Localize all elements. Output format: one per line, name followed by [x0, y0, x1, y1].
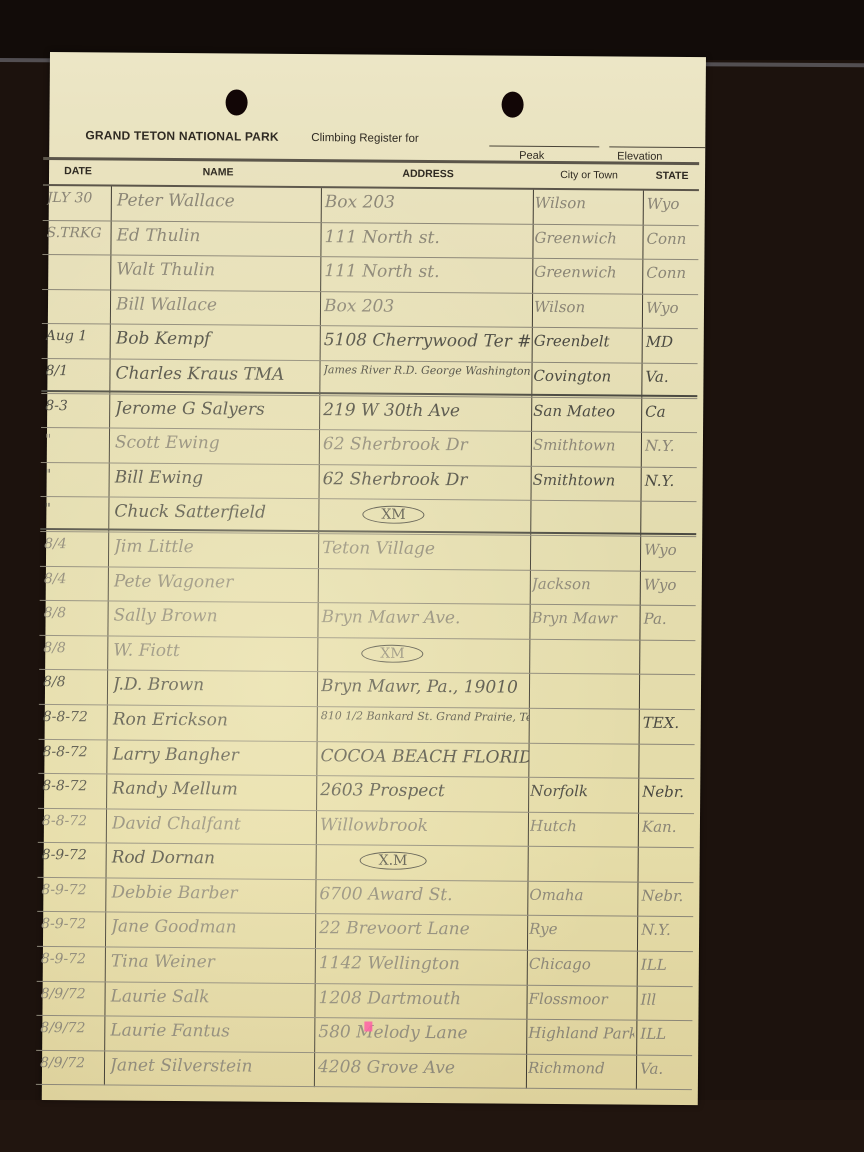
cell-city: Covington	[533, 367, 639, 386]
table-row: 8/9/72Janet Silverstein4208 Grove AveRic…	[36, 1051, 692, 1091]
column-header-city: City or Town	[535, 169, 643, 182]
cell-city	[531, 713, 637, 714]
table-row: 8-8-72David ChalfantWillowbrookHutchKan.	[38, 809, 694, 849]
cell-name: Sally Brown	[113, 606, 313, 628]
cell-state: ILL	[641, 956, 693, 974]
cell-date: 8-9-72	[42, 847, 102, 863]
cell-state: Ill	[641, 990, 693, 1008]
circled-xm-mark: X.M	[360, 852, 427, 871]
table-row: 8-9-72Jane Goodman22 Brevoort LaneRyeN.Y…	[37, 912, 693, 952]
cell-name: David Chalfant	[112, 813, 312, 835]
cell-address: Box 203	[324, 296, 532, 318]
column-header-date: DATE	[47, 165, 109, 177]
punch-hole-icon	[226, 89, 248, 115]
cell-state: Wyo	[644, 575, 696, 593]
register-table: DATE NAME ADDRESS City or Town STATE JLY…	[36, 157, 699, 1091]
column-header-state: STATE	[645, 170, 699, 182]
peak-blank-line	[489, 145, 599, 147]
cell-city: Highland Park	[528, 1024, 634, 1043]
cell-date: 8-8-72	[42, 778, 102, 794]
table-row: 8/4Jim LittleTeton VillageWyo	[40, 532, 696, 572]
cell-city: Greenwich	[534, 263, 640, 282]
cell-state: Pa.	[643, 610, 695, 628]
cell-state: Conn	[646, 264, 698, 282]
cell-address: 5108 Cherrywood Ter #104	[324, 331, 532, 353]
cell-state: Nebr.	[641, 887, 693, 905]
cell-date: JLY 30	[47, 190, 107, 206]
cell-city: Wilson	[534, 298, 640, 317]
cell-name: Chuck Satterfield	[114, 502, 314, 524]
cell-date: "	[45, 467, 105, 483]
cell-address: 111 North st.	[324, 227, 532, 249]
table-row: 8/9/72Laurie Salk1208 DartmouthFlossmoor…	[36, 982, 692, 1022]
cell-state: Ca	[645, 402, 697, 420]
cell-city: Smithtown	[533, 436, 639, 455]
cell-address: Teton Village	[322, 538, 530, 560]
table-row: 8-8-72Larry BangherCOCOA BEACH FLORIDA	[38, 739, 694, 779]
cell-address: 2603 Prospect	[320, 780, 528, 802]
cell-address: Bryn Mawr, Pa., 19010	[321, 676, 529, 698]
table-row: Aug 1Bob Kempf5108 Cherrywood Ter #104Gr…	[42, 324, 698, 364]
cell-state: Wyo	[646, 298, 698, 316]
cell-date: 8-8-72	[42, 743, 102, 759]
cell-name: Bill Wallace	[116, 294, 316, 316]
cell-name: Laurie Fantus	[110, 1021, 310, 1043]
cell-address: 62 Sherbrook Dr	[323, 469, 531, 491]
table-row: Walt Thulin111 North st.GreenwichConn	[42, 255, 698, 295]
cell-address: 580 Melody Lane	[318, 1022, 526, 1044]
cell-city: Bryn Mawr	[531, 609, 637, 628]
table-body: JLY 30Peter WallaceBox 203WilsonWyoS.TRK…	[36, 186, 699, 1091]
cell-date: 8/9/72	[40, 1020, 100, 1036]
elevation-blank-line	[609, 146, 705, 148]
column-header-name: NAME	[115, 166, 321, 180]
circled-xm-mark: XM	[362, 506, 424, 524]
form-title: GRAND TETON NATIONAL PARK	[85, 128, 279, 144]
cell-date: 8-9-72	[41, 916, 101, 932]
table-row: "Chuck SatterfieldXM	[40, 497, 696, 537]
cell-state: Va.	[645, 368, 697, 386]
cell-address: 22 Brevoort Lane	[319, 919, 527, 941]
cell-city: Richmond	[528, 1059, 634, 1078]
cell-date: 8/9/72	[40, 1055, 100, 1071]
cell-city: Wilson	[535, 194, 641, 213]
cell-name: Peter Wallace	[117, 191, 317, 213]
cell-city: Greenwich	[534, 228, 640, 247]
cell-address: Willowbrook	[320, 815, 528, 837]
cell-name: Charles Kraus TMA	[115, 363, 315, 385]
cell-city	[532, 540, 638, 541]
table-row: 8-9-72Debbie Barber6700 Award St.OmahaNe…	[37, 878, 693, 918]
column-header-address: ADDRESS	[323, 167, 533, 181]
table-row: "Bill Ewing62 Sherbrook DrSmithtownN.Y.	[41, 463, 697, 503]
cell-name: Pete Wagoner	[114, 571, 314, 593]
cell-name: Jerome G Salyers	[115, 398, 315, 420]
cell-date: 8/8	[44, 605, 104, 621]
cell-date: 8/4	[44, 536, 104, 552]
cell-name: Scott Ewing	[115, 433, 315, 455]
cell-date: 8-8-72	[43, 709, 103, 725]
cell-address: 62 Sherbrook Dr	[323, 434, 531, 456]
cell-city: Smithtown	[533, 471, 639, 490]
table-row: JLY 30Peter WallaceBox 203WilsonWyo	[43, 186, 699, 226]
table-row: 8-8-72Ron Erickson810 1/2 Bankard St. Gr…	[39, 705, 695, 745]
table-row: S.TRKGEd Thulin111 North st.GreenwichCon…	[42, 221, 698, 261]
cell-state: Nebr.	[642, 783, 694, 801]
cell-date: "	[44, 501, 104, 517]
cell-state: N.Y.	[641, 921, 693, 939]
cell-state: Kan.	[642, 817, 694, 835]
cell-name: Bob Kempf	[116, 329, 316, 351]
cell-name: W. Fiott	[113, 640, 313, 662]
cell-name: Tina Weiner	[111, 952, 311, 974]
dark-background-bottom	[0, 1100, 864, 1152]
cell-date: 8/4	[44, 570, 104, 586]
cell-state: TEX.	[643, 714, 695, 732]
cell-date: 8-9-72	[41, 882, 101, 898]
table-row: "Scott Ewing62 Sherbrook DrSmithtownN.Y.	[41, 428, 697, 468]
cell-city: Omaha	[529, 886, 635, 905]
cell-city: Chicago	[529, 955, 635, 974]
cell-address: 4208 Grove Ave	[318, 1057, 526, 1079]
cell-city: Hutch	[530, 816, 636, 835]
cell-city: Flossmoor	[529, 989, 635, 1008]
cell-city	[530, 851, 636, 852]
cell-name: Janet Silverstein	[110, 1055, 310, 1077]
cell-name: Rod Dornan	[112, 848, 312, 870]
table-row: 8-9-72Rod DornanX.M	[38, 843, 694, 883]
cell-address: 111 North st.	[324, 261, 532, 283]
cell-address: 6700 Award St.	[319, 884, 527, 906]
table-row: 8-9-72Tina Weiner1142 WellingtonChicagoI…	[37, 947, 693, 987]
cell-name: J.D. Brown	[113, 675, 313, 697]
cell-address: 1142 Wellington	[319, 953, 527, 975]
cell-address: James River R.D. George Washington N.F.	[323, 364, 531, 378]
cell-name: Randy Mellum	[112, 779, 312, 801]
cell-address: COCOA BEACH FLORIDA	[320, 746, 528, 768]
cell-name: Larry Bangher	[112, 744, 312, 766]
cell-state: Conn	[646, 229, 698, 247]
cell-city: San Mateo	[533, 401, 639, 420]
cell-date: S.TRKG	[47, 225, 107, 241]
cell-name: Bill Ewing	[115, 467, 315, 489]
cell-date: "	[45, 432, 105, 448]
cell-address: 810 1/2 Bankard St. Grand Prairie, Texas	[321, 710, 529, 724]
cell-address: XM	[322, 503, 530, 525]
dark-background-top	[0, 0, 864, 60]
cell-date: 8-3	[45, 398, 105, 414]
cell-city: Greenbelt	[534, 332, 640, 351]
circled-xm-mark: XM	[361, 644, 423, 662]
cell-name: Walt Thulin	[116, 260, 316, 282]
cell-date: 8/9/72	[41, 986, 101, 1002]
table-row: 8/1Charles Kraus TMAJames River R.D. Geo…	[41, 359, 697, 399]
cell-state: Wyo	[647, 195, 699, 213]
cell-name: Ron Erickson	[113, 709, 313, 731]
cell-state: N.Y.	[645, 471, 697, 489]
table-row: 8/8J.D. BrownBryn Mawr, Pa., 19010	[39, 670, 695, 710]
table-row: 8-8-72Randy Mellum2603 ProspectNorfolkNe…	[38, 774, 694, 814]
cell-address: 219 W 30th Ave	[323, 400, 531, 422]
table-row: 8/8Sally BrownBryn Mawr Ave.Bryn MawrPa.	[39, 601, 695, 641]
form-subtitle: Climbing Register for	[311, 132, 418, 145]
cell-address	[322, 573, 530, 575]
cell-city: Jackson	[532, 574, 638, 593]
cell-date: 8/8	[43, 640, 103, 656]
cell-state: Wyo	[644, 541, 696, 559]
cell-state: MD	[646, 333, 698, 351]
cell-city: Rye	[529, 920, 635, 939]
cell-state: ILL	[640, 1025, 692, 1043]
climbing-register-sheet: GRAND TETON NATIONAL PARK Climbing Regis…	[42, 52, 706, 1105]
cell-date: 8-9-72	[41, 951, 101, 967]
cell-address: 1208 Dartmouth	[319, 988, 527, 1010]
cell-name: Laurie Salk	[111, 986, 311, 1008]
cell-address: Bryn Mawr Ave.	[321, 607, 529, 629]
cell-name: Debbie Barber	[111, 882, 311, 904]
cell-name: Jim Little	[114, 536, 314, 558]
table-row: 8-3Jerome G Salyers219 W 30th AveSan Mat…	[41, 394, 697, 434]
cell-city: Norfolk	[530, 782, 636, 801]
cell-date: 8/1	[45, 363, 105, 379]
table-row: 8/4Pete WagonerJacksonWyo	[40, 566, 696, 606]
cell-city	[531, 747, 637, 748]
cell-name: Ed Thulin	[116, 225, 316, 247]
punch-hole-icon	[501, 92, 523, 118]
cell-date: Aug 1	[46, 328, 106, 344]
cell-name: Jane Goodman	[111, 917, 311, 939]
cell-address: Box 203	[325, 192, 533, 214]
table-row: 8/8W. FiottXM	[39, 636, 695, 676]
highlighter-mark	[364, 1021, 372, 1031]
cell-city	[531, 644, 637, 645]
cell-address: X.M	[320, 849, 528, 871]
cell-city	[531, 678, 637, 679]
cell-date: 8-8-72	[42, 813, 102, 829]
cell-city	[532, 505, 638, 506]
cell-address: XM	[321, 642, 529, 664]
cell-date: 8/8	[43, 674, 103, 690]
cell-state: Va.	[640, 1060, 692, 1078]
table-row: Bill WallaceBox 203WilsonWyo	[42, 290, 698, 330]
cell-state: N.Y.	[645, 437, 697, 455]
